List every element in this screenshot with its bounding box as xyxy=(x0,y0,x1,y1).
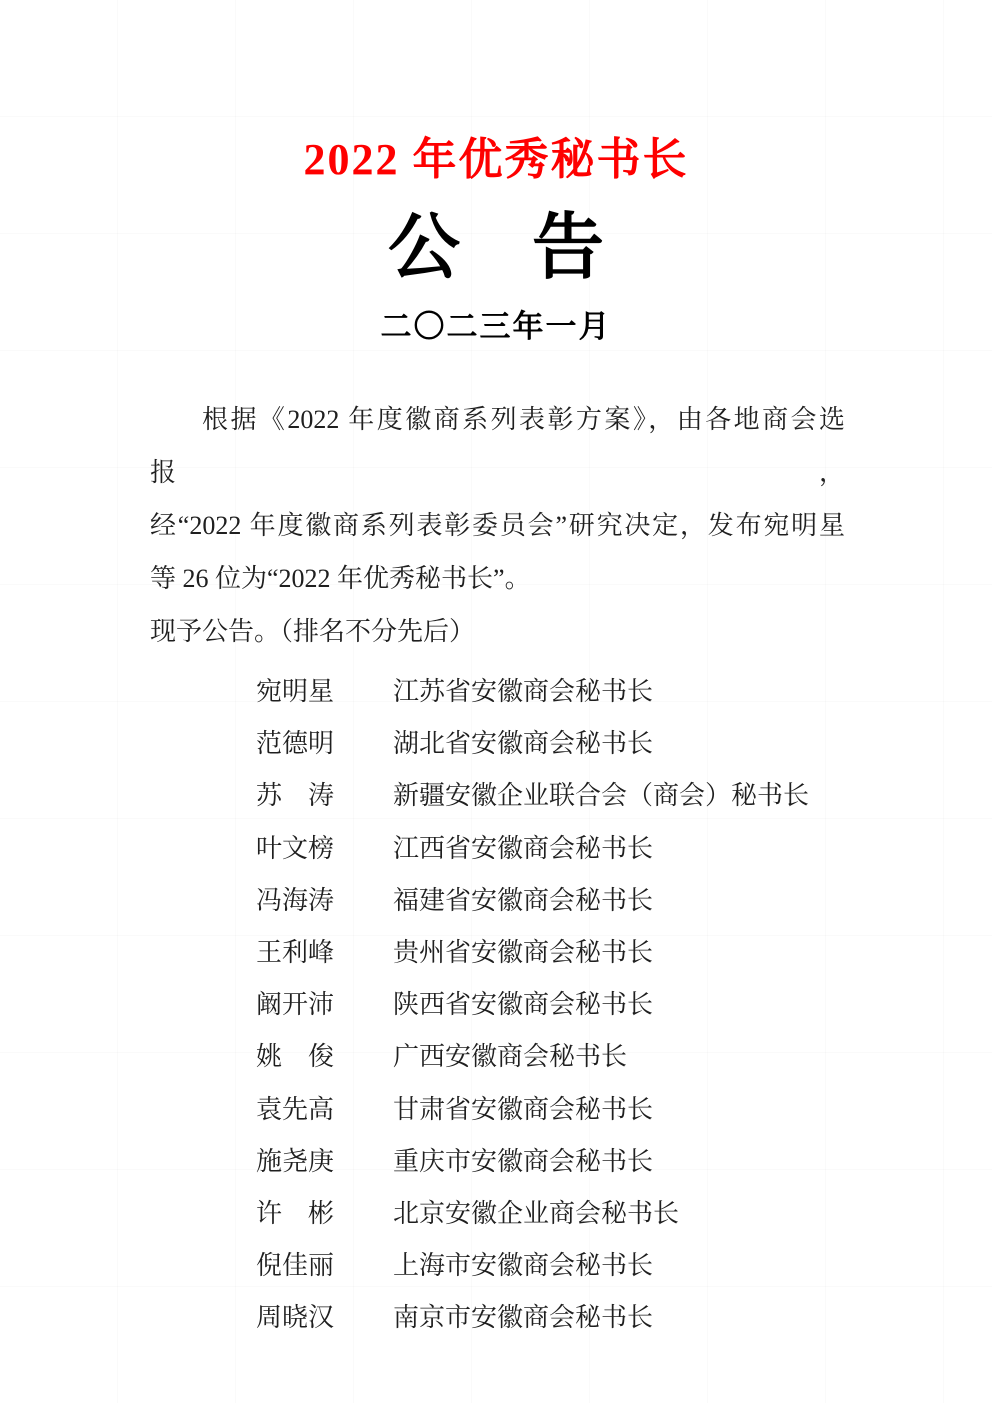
paragraph-line: 等 26 位为“2022 年优秀秘书长”。 xyxy=(150,552,845,605)
document-page: 2022 年优秀秘书长 公 告 二〇二三年一月 根据《2022 年度徽商系列表彰… xyxy=(0,0,992,1403)
awardee-name: 苏 涛 xyxy=(256,770,336,822)
awardee-org: 上海市安徽商会秘书长 xyxy=(393,1251,653,1280)
awardee-name: 宛明星 xyxy=(256,666,336,718)
awardee-org: 贵州省安徽商会秘书长 xyxy=(393,938,653,967)
awardee-org: 重庆市安徽商会秘书长 xyxy=(393,1147,653,1176)
awardee-name: 施尧庚 xyxy=(256,1136,336,1188)
list-item: 叶文榜江西省安徽商会秘书长 xyxy=(150,823,845,875)
notice-line: 现予公告。（排名不分先后） xyxy=(150,605,845,658)
body-paragraph: 根据《2022 年度徽商系列表彰方案》，由各地商会选报， 经“2022 年度徽商… xyxy=(150,393,845,605)
list-item: 阚开沛陕西省安徽商会秘书长 xyxy=(150,979,845,1031)
awardee-org: 北京安徽企业商会秘书长 xyxy=(393,1199,679,1228)
awardee-org: 福建省安徽商会秘书长 xyxy=(393,886,653,915)
list-item: 姚 俊广西安徽商会秘书长 xyxy=(150,1031,845,1083)
awardee-org: 广西安徽商会秘书长 xyxy=(393,1042,627,1071)
date-line: 二〇二三年一月 xyxy=(0,311,992,342)
list-item: 许 彬北京安徽企业商会秘书长 xyxy=(150,1188,845,1240)
awardee-name: 袁先高 xyxy=(256,1084,336,1136)
awardee-name: 阚开沛 xyxy=(256,979,336,1031)
awardee-org: 新疆安徽企业联合会（商会）秘书长 xyxy=(393,781,809,810)
awardee-org: 南京市安徽商会秘书长 xyxy=(393,1303,653,1332)
list-item: 范德明湖北省安徽商会秘书长 xyxy=(150,718,845,770)
list-item: 施尧庚重庆市安徽商会秘书长 xyxy=(150,1136,845,1188)
list-item: 倪佳丽上海市安徽商会秘书长 xyxy=(150,1240,845,1292)
paragraph-line: 根据《2022 年度徽商系列表彰方案》，由各地商会选报， xyxy=(150,393,845,499)
awardee-name: 叶文榜 xyxy=(256,823,336,875)
list-item: 周晓汉南京市安徽商会秘书长 xyxy=(150,1292,845,1344)
list-item: 冯海涛福建省安徽商会秘书长 xyxy=(150,875,845,927)
list-item: 袁先高甘肃省安徽商会秘书长 xyxy=(150,1084,845,1136)
awardee-name: 许 彬 xyxy=(256,1188,336,1240)
document-body: 根据《2022 年度徽商系列表彰方案》，由各地商会选报， 经“2022 年度徽商… xyxy=(0,393,992,1345)
awardee-name: 倪佳丽 xyxy=(256,1240,336,1292)
list-item: 宛明星江苏省安徽商会秘书长 xyxy=(150,666,845,718)
paragraph-line: 经“2022 年度徽商系列表彰委员会”研究决定，发布宛明星 xyxy=(150,499,845,552)
awardee-org: 江西省安徽商会秘书长 xyxy=(393,834,653,863)
doc-title-red: 2022 年优秀秘书长 xyxy=(0,138,992,182)
awardee-name: 姚 俊 xyxy=(256,1031,336,1083)
awardee-list: 宛明星江苏省安徽商会秘书长 范德明湖北省安徽商会秘书长 苏 涛新疆安徽企业联合会… xyxy=(150,666,845,1345)
awardee-org: 甘肃省安徽商会秘书长 xyxy=(393,1095,653,1124)
list-item: 苏 涛新疆安徽企业联合会（商会）秘书长 xyxy=(150,770,845,822)
awardee-org: 江苏省安徽商会秘书长 xyxy=(393,677,653,706)
awardee-name: 王利峰 xyxy=(256,927,336,979)
awardee-org: 湖北省安徽商会秘书长 xyxy=(393,729,653,758)
awardee-org: 陕西省安徽商会秘书长 xyxy=(393,990,653,1019)
awardee-name: 冯海涛 xyxy=(256,875,336,927)
list-item: 王利峰贵州省安徽商会秘书长 xyxy=(150,927,845,979)
awardee-name: 周晓汉 xyxy=(256,1292,336,1344)
awardee-name: 范德明 xyxy=(256,718,336,770)
announcement-heading: 公 告 xyxy=(0,212,992,284)
